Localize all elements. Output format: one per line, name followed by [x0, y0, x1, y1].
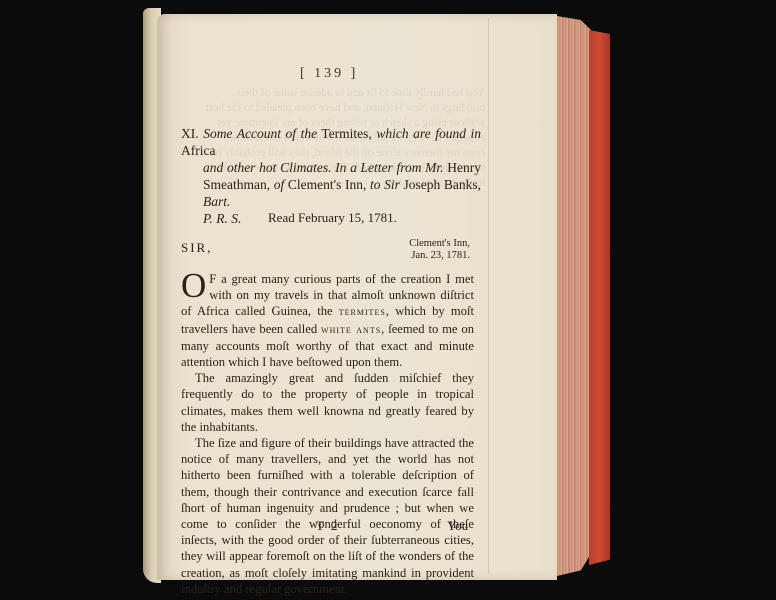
paragraph-3: The ſize and figure of their buildings h… — [181, 435, 474, 597]
title-text: and other hot Climates. In a Letter from… — [203, 160, 444, 175]
salutation: SIR, — [181, 240, 212, 256]
title-text: Henry — [447, 160, 481, 175]
paragraph-1: OF a great many curious parts of the cre… — [181, 271, 474, 370]
signature-mark: T 2 — [316, 518, 339, 534]
title-text: Termites, — [321, 126, 371, 141]
title-text: Africa — [181, 143, 215, 158]
open-book: You had hardly time to fit and to admire… — [0, 0, 776, 600]
small-caps-term: termites — [339, 306, 386, 318]
page-fore-edge — [557, 16, 591, 576]
small-caps-term: white ants — [321, 324, 381, 336]
page-number: [ 139 ] — [300, 66, 358, 82]
address-date: Jan. 23, 1781. — [380, 250, 470, 262]
read-date: Read February 15, 1781. — [268, 210, 397, 226]
title-text: Bart. — [203, 194, 230, 209]
catchword: You — [447, 518, 468, 534]
title-text: which are found in — [376, 126, 481, 141]
title-text: Clement's Inn, — [288, 177, 366, 192]
title-text: Smeathman, — [203, 177, 270, 192]
address-place: Clement's Inn, — [380, 238, 470, 250]
red-book-cover — [589, 30, 610, 565]
letter-body: OF a great many curious parts of the cre… — [181, 271, 474, 597]
title-text: Joseph Banks, — [404, 177, 482, 192]
title-text: of — [274, 177, 285, 192]
title-text: Some Account of the — [203, 126, 317, 141]
title-number: XI. — [181, 126, 199, 141]
drop-cap: O — [181, 272, 206, 300]
sender-address: Clement's Inn, Jan. 23, 1781. — [380, 238, 470, 262]
title-text: P. R. S. — [203, 211, 241, 226]
title-text: to Sir — [370, 177, 400, 192]
paragraph-2: The amazingly great and ſudden miſchief … — [181, 370, 474, 435]
